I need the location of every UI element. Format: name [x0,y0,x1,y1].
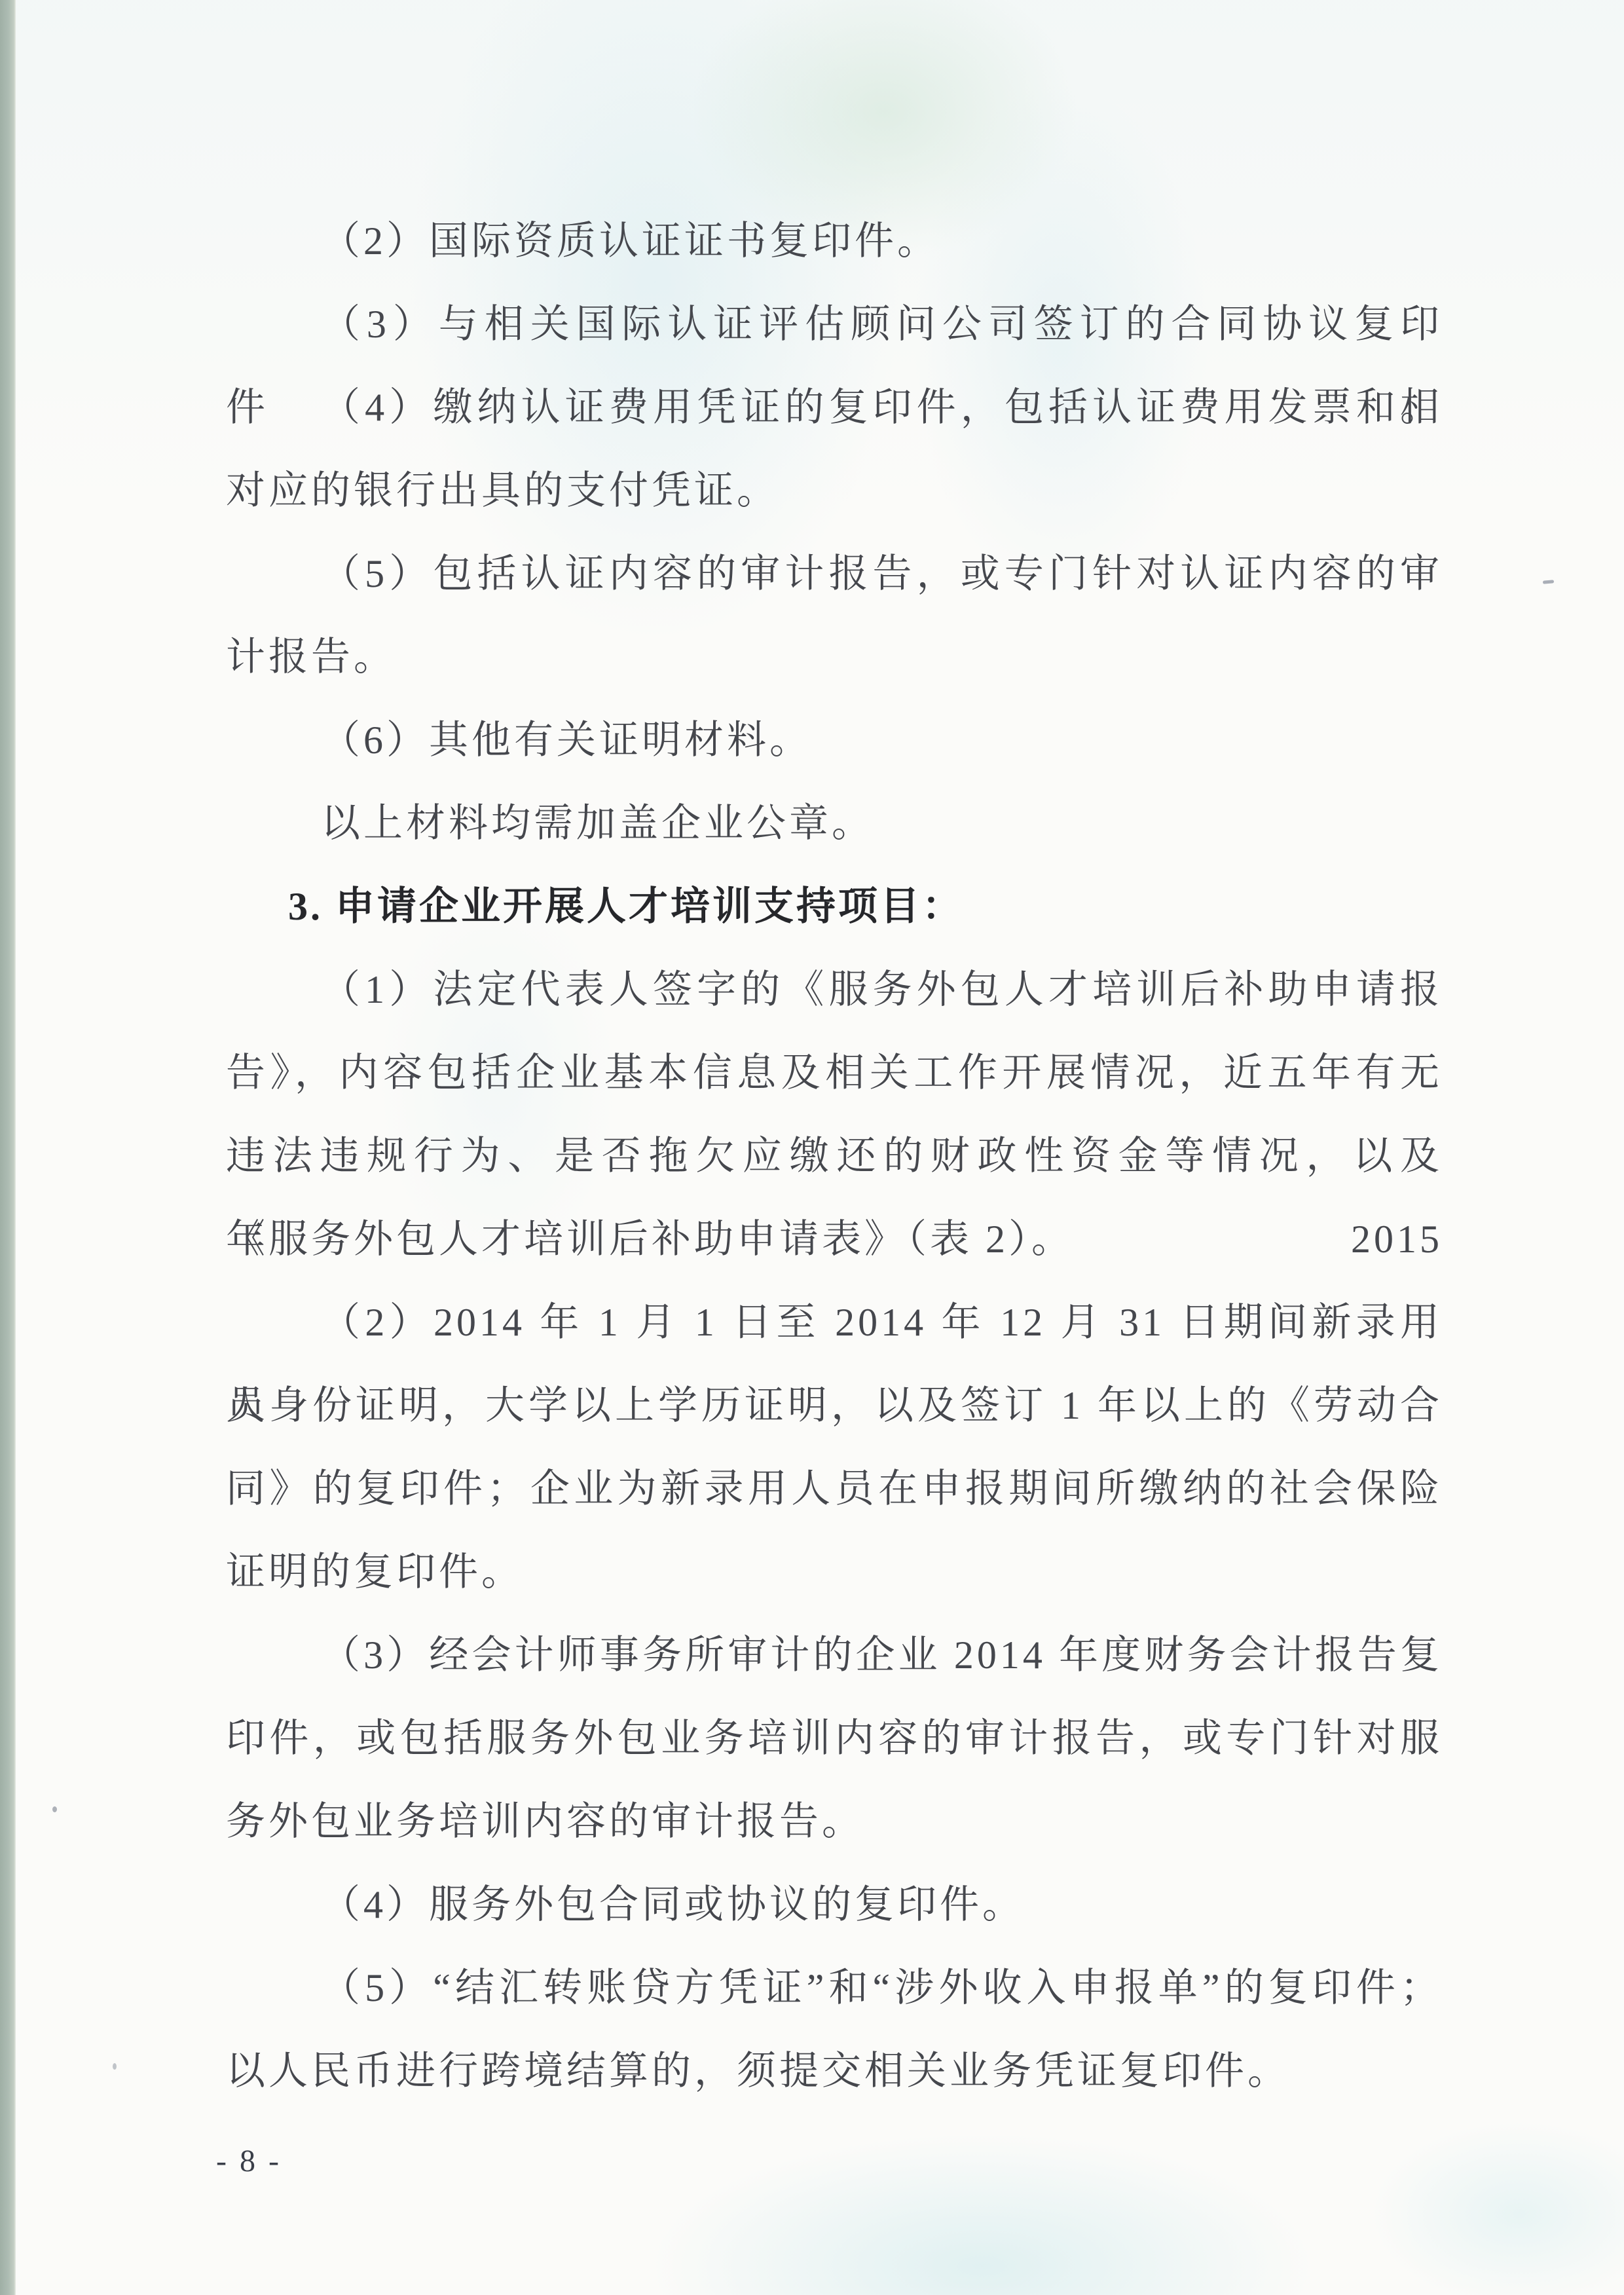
document-line: 以上材料均需加盖企业公章。 [226,782,1443,865]
document-line: 务外包业务培训内容的审计报告。 [226,1780,1443,1863]
scan-speck [113,2063,117,2070]
scan-edge-strip [0,0,16,2295]
document-line: 员身份证明，大学以上学历证明，以及签订 1 年以上的《劳动合 [226,1364,1443,1447]
document-line: （3）经会计师事务所审计的企业 2014 年度财务会计报告复 [226,1614,1443,1697]
document-line: （3）与相关国际认证评估顾问公司签订的合同协议复印件。 [226,283,1443,366]
document-line: （6）其他有关证明材料。 [226,699,1443,782]
document-line: 以人民币进行跨境结算的，须提交相关业务凭证复印件。 [226,2030,1443,2113]
scan-speck [1543,580,1554,584]
document-line: （5）“结汇转账贷方凭证”和“涉外收入申报单”的复印件； [226,1947,1443,2030]
document-heading-line: 3. 申请企业开展人才培训支持项目： [226,865,1443,948]
scan-speck [52,1806,57,1812]
document-line: 对应的银行出具的支付凭证。 [226,449,1443,532]
document-line: （1）法定代表人签字的《服务外包人才培训后补助申请报 [226,948,1443,1032]
document-line: 同》的复印件；企业为新录用人员在申报期间所缴纳的社会保险 [226,1447,1443,1531]
page-number: - 8 - [216,2143,282,2179]
document-line: （4）缴纳认证费用凭证的复印件，包括认证费用发票和相 [226,366,1443,449]
document-line: 证明的复印件。 [226,1531,1443,1614]
document-line: （5）包括认证内容的审计报告，或专门针对认证内容的审 [226,532,1443,616]
document-line: （4）服务外包合同或协议的复印件。 [226,1863,1443,1947]
scanned-document-page: （2）国际资质认证证书复印件。（3）与相关国际认证评估顾问公司签订的合同协议复印… [0,0,1624,2295]
document-line: 告》，内容包括企业基本信息及相关工作开展情况，近五年有无 [226,1032,1443,1115]
document-line: 计报告。 [226,616,1443,699]
document-line: （2）国际资质认证证书复印件。 [226,200,1443,283]
document-line: 印件，或包括服务外包业务培训内容的审计报告，或专门针对服 [226,1697,1443,1780]
document-line: 违法违规行为、是否拖欠应缴还的财政性资金等情况，以及《2015 [226,1115,1443,1198]
document-body: （2）国际资质认证证书复印件。（3）与相关国际认证评估顾问公司签订的合同协议复印… [226,200,1443,2113]
document-line: （2）2014 年 1 月 1 日至 2014 年 12 月 31 日期间新录用… [226,1281,1443,1364]
